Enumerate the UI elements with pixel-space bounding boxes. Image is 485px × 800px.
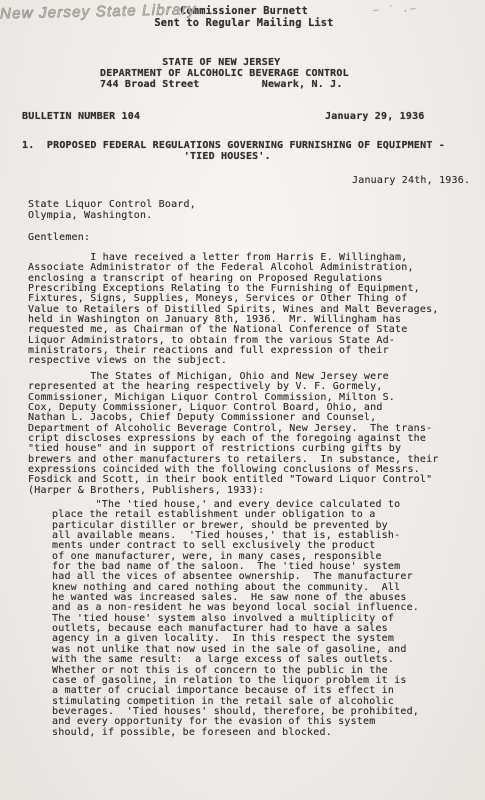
letter-paragraph-2: The States of Michigan, Ohio and New Jer… (28, 372, 439, 496)
letter-date: January 24th, 1936. (352, 176, 470, 186)
scanned-bulletin-page: Commissioner Burnett Sent to Regular Mai… (0, 0, 485, 800)
letterhead: STATE OF NEW JERSEY DEPARTMENT OF ALCOHO… (100, 57, 349, 91)
bulletin-number: BULLETIN NUMBER 104 (22, 112, 140, 122)
bulletin-date: January 29, 1936 (325, 112, 425, 122)
letter-paragraph-1: I have received a letter from Harris E. … (28, 253, 439, 367)
subject-heading: 1. PROPOSED FEDERAL REGULATIONS GOVERNIN… (22, 140, 445, 162)
fosdick-scott-quote: "The 'tied house,' and every device calc… (52, 500, 419, 738)
recipient-address: State Liquor Control Board, Olympia, Was… (28, 200, 196, 222)
salutation: Gentlemen: (28, 233, 90, 243)
